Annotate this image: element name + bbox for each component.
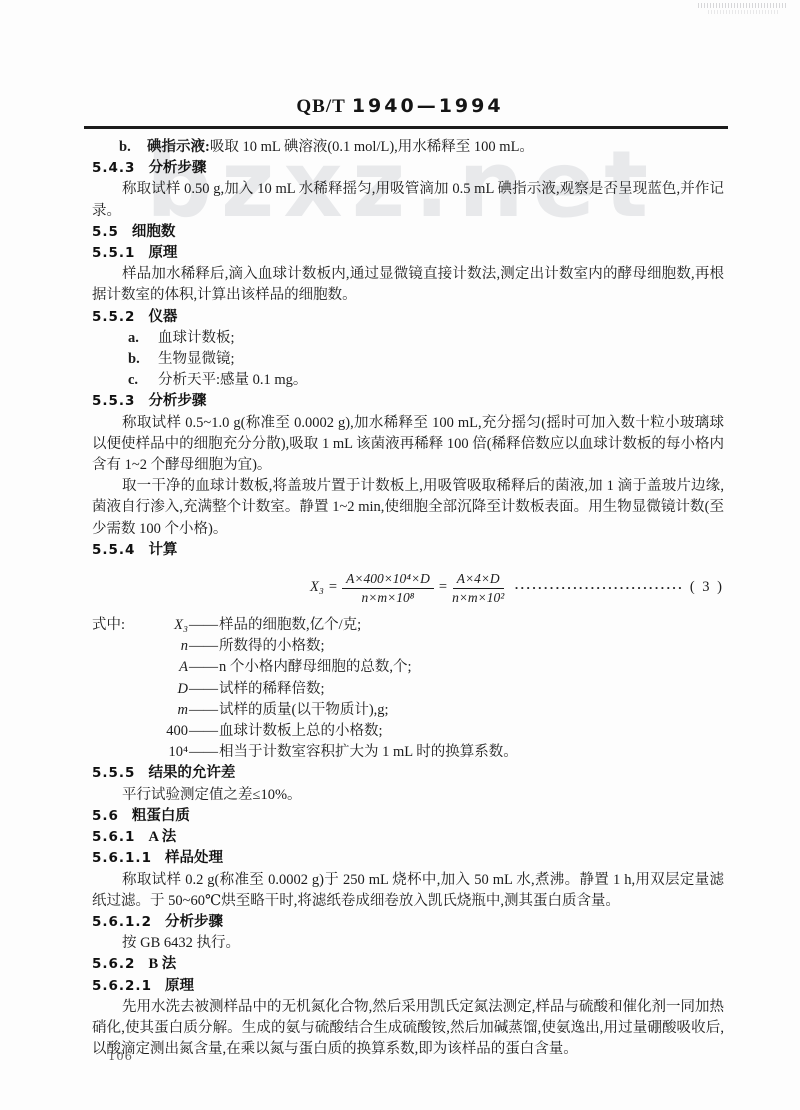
scan-artifact [698, 3, 786, 8]
variable-term: 10⁴ [136, 742, 188, 763]
variable-description: 相当于计数室容积扩大为 1 mL 时的换算系数。 [219, 742, 724, 763]
variable-term: D [136, 679, 188, 700]
variable-definition-row: n——所数得的小格数; [92, 636, 724, 657]
reagent-term: 碘指示液: [147, 139, 210, 155]
standard-code: QB/T1940—1994 [0, 95, 800, 118]
section-title: 分析步骤 [148, 160, 206, 176]
equals-sign: = [439, 577, 447, 598]
definition-dash: —— [188, 700, 219, 721]
section-heading-553: 5.5.3分析步骤 [92, 391, 724, 412]
section-number: 5.5.4 [92, 542, 135, 558]
section-heading-552: 5.5.2仪器 [92, 307, 724, 328]
paragraph-553b: 取一干净的血球计数板,将盖玻片置于计数板上,用吸管吸取稀释后的菌液,加 1 滴于… [92, 476, 724, 540]
section-heading-555: 5.5.5结果的允许差 [92, 763, 724, 784]
variable-description: 试样的稀释倍数; [219, 679, 724, 700]
list-item-text: 血球计数板; [158, 330, 235, 346]
variable-definition-row: 式中:X₃——样品的细胞数,亿个/克; [92, 615, 724, 636]
section-heading-562: 5.6.2B 法 [92, 954, 724, 975]
section-number: 5.6.2.1 [92, 978, 152, 994]
definition-dash: —— [188, 636, 219, 657]
section-title: 分析步骤 [148, 393, 206, 409]
section-title: 细胞数 [132, 224, 176, 240]
page-number: 106 [108, 1049, 133, 1063]
equation-number: ( 3 ) [690, 577, 724, 598]
equation-3: X₃ = A×400×10⁴×D n×m×10⁸ = A×4×D n×m×10²… [92, 563, 724, 613]
variable-term: A [136, 657, 188, 678]
dot-leader: ········································ [514, 577, 683, 598]
section-title: 原理 [165, 978, 194, 994]
section-number: 5.6.2 [92, 956, 135, 972]
fraction-2: A×4×D n×m×10² [452, 571, 504, 606]
variable-term: n [136, 636, 188, 657]
instrument-item: b.生物显微镜; [92, 349, 724, 370]
paragraph-5611: 称取试样 0.2 g(称准至 0.0002 g)于 250 mL 烧杯中,加入 … [92, 870, 724, 912]
variable-definitions: 式中:X₃——样品的细胞数,亿个/克; n——所数得的小格数; A——n 个小格… [92, 615, 724, 763]
fraction-numerator: A×4×D [453, 571, 504, 589]
section-number: 5.5.1 [92, 245, 135, 261]
variable-term: m [136, 700, 188, 721]
section-heading-561: 5.6.1A 法 [92, 827, 724, 848]
section-heading-5621: 5.6.2.1原理 [92, 976, 724, 997]
section-heading-5611: 5.6.1.1样品处理 [92, 848, 724, 869]
section-number: 5.6.1.2 [92, 914, 152, 930]
definition-dash: —— [188, 657, 219, 678]
instrument-item: c.分析天平:感量 0.1 mg。 [92, 370, 724, 391]
paragraph-553a: 称取试样 0.5~1.0 g(称准至 0.0002 g),加水稀释至 100 m… [92, 413, 724, 477]
section-number: 5.5.3 [92, 393, 135, 409]
variable-term: X₃ [136, 615, 188, 636]
section-number: 5.5 [92, 224, 119, 240]
section-heading-554: 5.5.4计算 [92, 540, 724, 561]
variable-definition-row: m——试样的质量(以干物质计),g; [92, 700, 724, 721]
standard-code-prefix: QB/T [296, 96, 345, 117]
section-heading-543: 5.4.3分析步骤 [92, 158, 724, 179]
equation-lhs: X₃ [310, 577, 324, 598]
definition-dash: —— [188, 742, 219, 763]
variable-description: n 个小格内酵母细胞的总数,个; [219, 657, 724, 678]
section-heading-551: 5.5.1原理 [92, 243, 724, 264]
definition-dash: —— [188, 721, 219, 742]
fraction-numerator: A×400×10⁴×D [342, 571, 434, 589]
list-item-label: b. [119, 137, 147, 158]
instrument-item: a.血球计数板; [92, 328, 724, 349]
variable-description: 血球计数板上总的小格数; [219, 721, 724, 742]
standard-code-number: 1940—1994 [352, 95, 504, 117]
section-number: 5.6.1.1 [92, 850, 152, 866]
fraction-1: A×400×10⁴×D n×m×10⁸ [342, 571, 434, 606]
section-title: 样品处理 [165, 850, 223, 866]
variable-definition-row: 10⁴——相当于计数室容积扩大为 1 mL 时的换算系数。 [92, 742, 724, 763]
paragraph-543: 称取试样 0.50 g,加入 10 mL 水稀释摇匀,用吸管滴加 0.5 mL … [92, 179, 724, 221]
variable-definition-row: A——n 个小格内酵母细胞的总数,个; [92, 657, 724, 678]
variable-description: 所数得的小格数; [219, 636, 724, 657]
section-title: A 法 [148, 829, 176, 845]
variable-definition-row: D——试样的稀释倍数; [92, 679, 724, 700]
variable-term: 400 [136, 721, 188, 742]
section-heading-55: 5.5细胞数 [92, 222, 724, 243]
section-title: 仪器 [148, 309, 177, 325]
variable-definition-row: 400——血球计数板上总的小格数; [92, 721, 724, 742]
fraction-denominator: n×m×10⁸ [362, 589, 415, 606]
section-title: B 法 [148, 956, 176, 972]
paragraph-5612: 按 GB 6432 执行。 [92, 933, 724, 954]
section-number: 5.4.3 [92, 160, 135, 176]
section-title: 分析步骤 [165, 914, 223, 930]
header-rule [84, 126, 728, 129]
section-title: 原理 [148, 245, 177, 261]
list-item-label: a. [128, 328, 158, 349]
section-title: 计算 [148, 542, 177, 558]
where-prefix: 式中: [92, 615, 136, 636]
definition-dash: —— [188, 615, 219, 636]
section-number: 5.6.1 [92, 829, 135, 845]
section-heading-5612: 5.6.1.2分析步骤 [92, 912, 724, 933]
section-number: 5.6 [92, 808, 119, 824]
scan-artifact [708, 10, 778, 14]
section-title: 结果的允许差 [148, 765, 235, 781]
fraction-denominator: n×m×10² [452, 589, 504, 606]
list-item-text: 生物显微镜; [158, 351, 235, 367]
list-item-label: c. [128, 370, 158, 391]
list-item-text: 吸取 10 mL 碘溶液(0.1 mol/L),用水稀释至 100 mL。 [210, 139, 534, 155]
variable-description: 试样的质量(以干物质计),g; [219, 700, 724, 721]
paragraph-555: 平行试验测定值之差≤10%。 [92, 785, 724, 806]
document-body: b.碘指示液:吸取 10 mL 碘溶液(0.1 mol/L),用水稀释至 100… [92, 137, 724, 1060]
list-item-text: 分析天平:感量 0.1 mg。 [158, 372, 307, 388]
list-item-label: b. [128, 349, 158, 370]
section-heading-56: 5.6粗蛋白质 [92, 806, 724, 827]
definition-dash: —— [188, 679, 219, 700]
variable-description: 样品的细胞数,亿个/克; [219, 615, 724, 636]
list-item-b: b.碘指示液:吸取 10 mL 碘溶液(0.1 mol/L),用水稀释至 100… [92, 137, 724, 158]
equals-sign: = [329, 577, 337, 598]
section-number: 5.5.2 [92, 309, 135, 325]
paragraph-5621: 先用水洗去被测样品中的无机氮化合物,然后采用凯氏定氮法测定,样品与硫酸和催化剂一… [92, 997, 724, 1061]
section-number: 5.5.5 [92, 765, 135, 781]
paragraph-551: 样品加水稀释后,滴入血球计数板内,通过显微镜直接计数法,测定出计数室内的酵母细胞… [92, 264, 724, 306]
document-page: bzxz.net QB/T1940—1994 b.碘指示液:吸取 10 mL 碘… [0, 0, 800, 1110]
section-title: 粗蛋白质 [132, 808, 190, 824]
